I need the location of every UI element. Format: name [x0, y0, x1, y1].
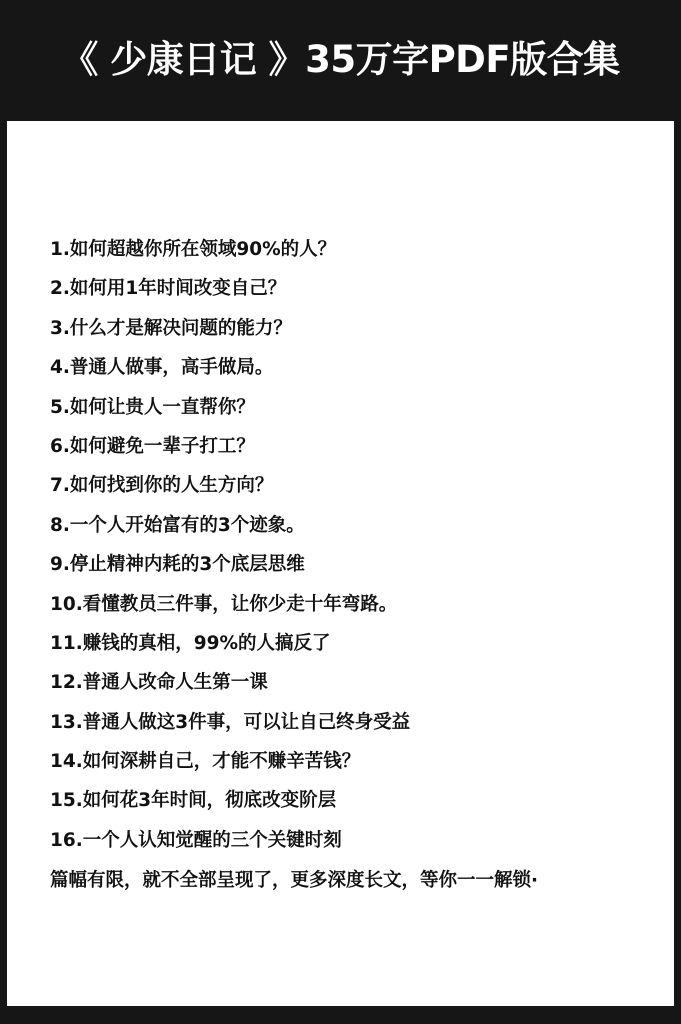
list-item: 12.普通人改命人生第一课	[50, 663, 410, 702]
page-title: 《 少康日记 》35万字PDF版合集	[0, 32, 681, 88]
list-item: 7.如何找到你的人生方向？	[50, 466, 410, 505]
list-item: 5.如何让贵人一直帮你？	[50, 388, 410, 427]
list-item: 3.什么才是解决问题的能力？	[50, 309, 410, 348]
article-list: 1.如何超越你所在领域90%的人？ 2.如何用1年时间改变自己？ 3.什么才是解…	[50, 230, 410, 860]
list-item: 10.看懂教员三件事，让你少走十年弯路。	[50, 585, 410, 624]
list-item: 13.普通人做这3件事，可以让自己终身受益	[50, 703, 410, 742]
list-item: 6.如何避免一辈子打工？	[50, 427, 410, 466]
list-item: 11.赚钱的真相，99%的人搞反了	[50, 624, 410, 663]
closing-note: 篇幅有限，就不全部呈现了，更多深度长文，等你一一解锁·	[50, 860, 580, 901]
list-item: 14.如何深耕自己，才能不赚辛苦钱？	[50, 742, 410, 781]
list-item: 9.停止精神内耗的3个底层思维	[50, 545, 410, 584]
list-item: 8.一个人开始富有的3个迹象。	[50, 506, 410, 545]
list-item: 4.普通人做事，高手做局。	[50, 348, 410, 387]
list-item: 15.如何花3年时间，彻底改变阶层	[50, 781, 410, 820]
list-item: 16.一个人认知觉醒的三个关键时刻	[50, 821, 410, 860]
list-item: 2.如何用1年时间改变自己？	[50, 269, 410, 308]
list-item: 1.如何超越你所在领域90%的人？	[50, 230, 410, 269]
